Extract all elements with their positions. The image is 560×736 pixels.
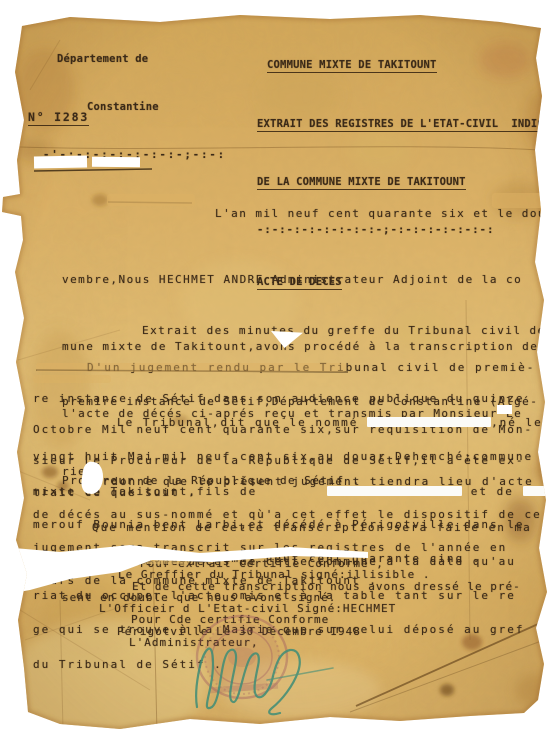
paper-tear — [92, 157, 140, 167]
department-line: Département de — [43, 51, 226, 67]
document-line: Que mention de cette transcription sera … — [33, 522, 532, 533]
ink-smudge — [36, 363, 346, 372]
document-line: Extrait des minutes du greffe du Tribuna… — [62, 319, 546, 343]
title-line: COMMUNE MIXTE DE TAKITOUNT — [257, 57, 560, 73]
ink-smudge — [492, 193, 547, 208]
redaction-box — [543, 417, 560, 427]
ink-smudge — [107, 194, 195, 206]
document-line: du Tribunal de Sétif . — [33, 659, 532, 670]
scanned-document-page: Département de Constantine -'-:-:-:-:-:-… — [0, 0, 560, 736]
document-line: Le Tribunal,dit que le nommé ,né le — [33, 416, 560, 428]
document-line: L'Administrateur, — [129, 636, 259, 649]
redaction-box — [367, 417, 491, 427]
paper-tear — [497, 405, 512, 414]
document-line: Ordonne que le présent jugement tiendra … — [33, 476, 542, 487]
title-line: EXTRAIT DES REGISTRES DE L'ETAT-CIVIL IN… — [257, 116, 560, 132]
ink-smudge — [128, 553, 190, 564]
act-number: N° I283 — [28, 110, 89, 124]
aged-paper-sheet: Département de Constantine -'-:-:-:-:-:-… — [0, 0, 560, 736]
paper-tear — [34, 156, 87, 169]
ink-smudge — [33, 375, 111, 383]
